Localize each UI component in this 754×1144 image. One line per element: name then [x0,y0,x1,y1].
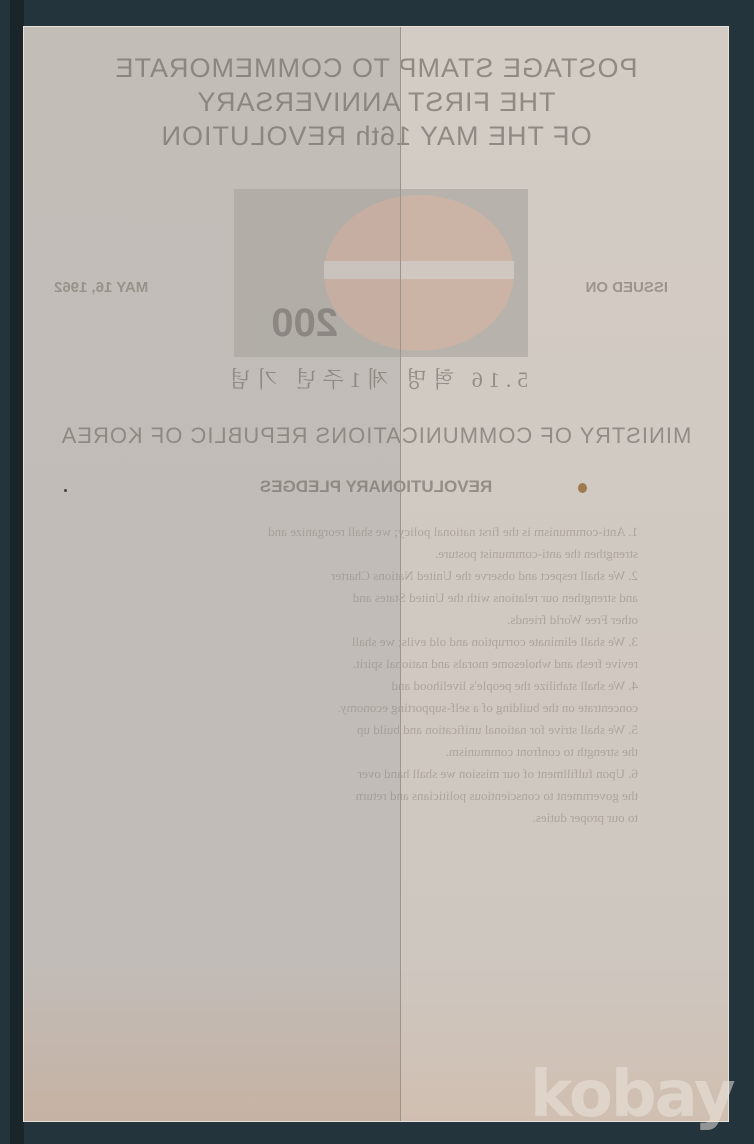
body-line: revive fresh and wholesome morals and na… [118,653,638,675]
title-line-3: OF THE MAY 16th REVOLUTION [24,119,728,153]
body-line: and strengthen our relations with the Un… [118,587,638,609]
body-line: 5. We shall strive for national unificat… [118,719,638,741]
body-text: 1. Anti-communism is the first national … [118,521,638,829]
issue-label: ISSUED ON [585,279,668,296]
body-line: 2. We shall respect and observe the Unit… [118,565,638,587]
body-line: 6. Upon fulfillment of our mission we sh… [118,763,638,785]
issue-date: MAY 16, 1962 [54,279,148,296]
korean-caption: 5.16 혁명 제1주년 기념 [24,363,728,394]
stain-spot [578,483,587,493]
fold-line [400,27,401,1121]
body-line: the government to conscientious politici… [118,785,638,807]
body-line: 1. Anti-communism is the first national … [118,521,638,543]
body-line: other Free World friends. [118,609,638,631]
ministry-line: MINISTRY OF COMMUNICATIONS REPUBLIC OF K… [24,423,728,449]
body-line: 3. We shall eliminate corruption and old… [118,631,638,653]
stamp-face-value: 200 [271,301,338,346]
title-line-2: THE FIRST ANNIVERSARY [24,85,728,119]
watermark-logo: kobay [530,1058,734,1132]
show-through-content: POSTAGE STAMP TO COMMEMORATE THE FIRST A… [24,27,728,1121]
body-line: 4. We shall stabilize the people's livel… [118,675,638,697]
body-line: to our proper duties. [118,807,638,829]
stamp-image: 200 [234,189,528,357]
title-line-1: POSTAGE STAMP TO COMMEMORATE [24,51,728,85]
stamp-band [324,261,514,279]
body-line: concentrate on the building of a self-su… [118,697,638,719]
body-line: the strength to confront communism. [118,741,638,763]
dust-spot [64,489,67,492]
backdrop [10,0,24,1144]
document-title: POSTAGE STAMP TO COMMEMORATE THE FIRST A… [24,51,728,153]
subheading: REVOLUTIONARY PLEDGES [24,477,728,497]
document-sheet: POSTAGE STAMP TO COMMEMORATE THE FIRST A… [24,27,728,1121]
body-line: strengthen the anti-communist posture. [118,543,638,565]
